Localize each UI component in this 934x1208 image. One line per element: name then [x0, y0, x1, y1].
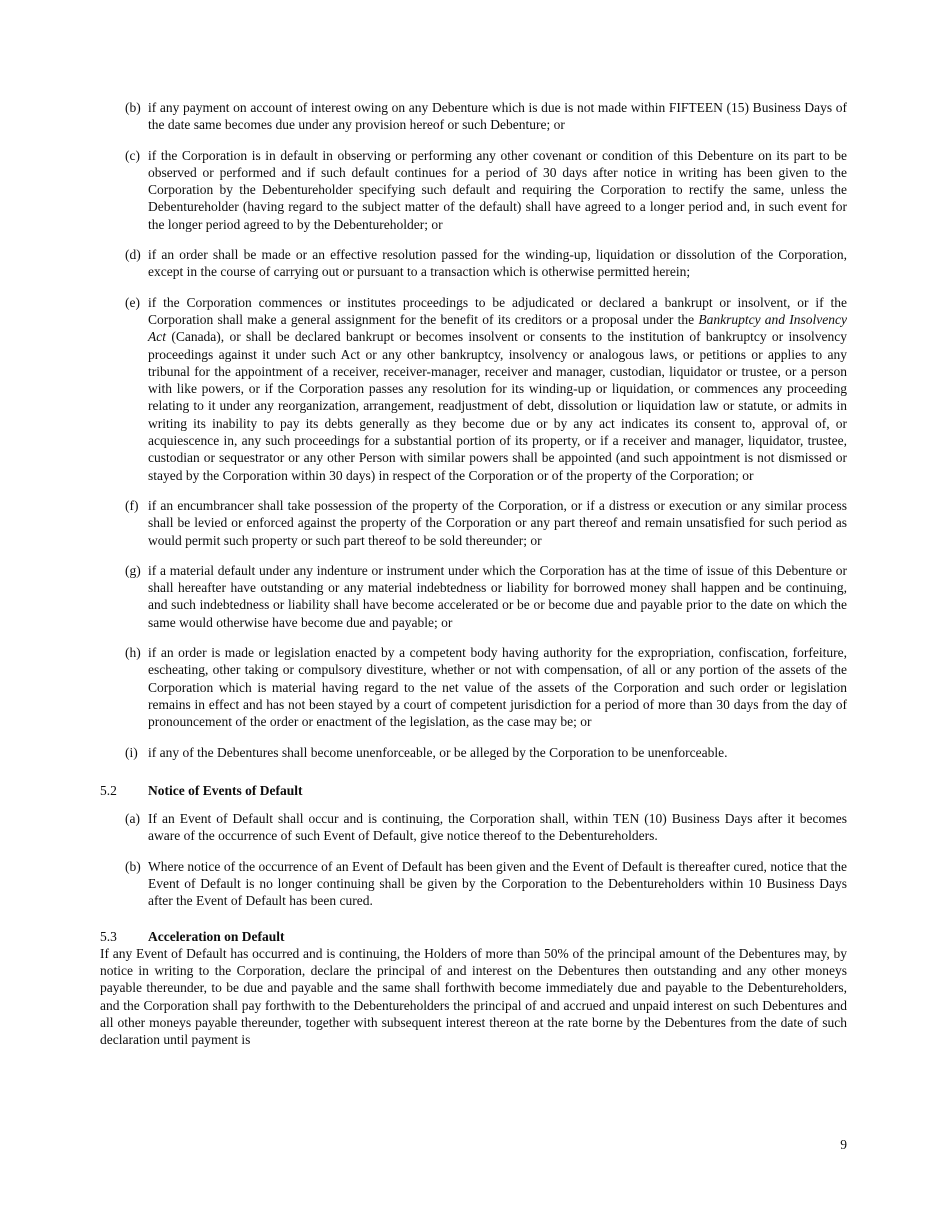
clause-label: (f) — [100, 497, 148, 549]
clause-label: (a) — [100, 810, 148, 845]
clause-text: if the Corporation is in default in obse… — [148, 147, 847, 233]
clause-d: (d) if an order shall be made or an effe… — [100, 246, 847, 281]
clause-label: (b) — [100, 858, 148, 910]
section-5-3-heading: 5.3 Acceleration on Default — [100, 928, 847, 945]
clause-e: (e) if the Corporation commences or inst… — [100, 294, 847, 484]
clause-f: (f) if an encumbrancer shall take posses… — [100, 497, 847, 549]
clause-text: if an order is made or legislation enact… — [148, 644, 847, 730]
clause-text: if any of the Debentures shall become un… — [148, 744, 847, 761]
clause-b: (b) if any payment on account of interes… — [100, 99, 847, 134]
clause-label: (i) — [100, 744, 148, 761]
clause-text: Where notice of the occurrence of an Eve… — [148, 858, 847, 910]
clause-5-2-b: (b) Where notice of the occurrence of an… — [100, 858, 847, 910]
clause-text: if an order shall be made or an effectiv… — [148, 246, 847, 281]
clause-text: if a material default under any indentur… — [148, 562, 847, 631]
section-number: 5.3 — [100, 928, 148, 945]
clause-label: (h) — [100, 644, 148, 730]
clause-c: (c) if the Corporation is in default in … — [100, 147, 847, 233]
clause-label: (g) — [100, 562, 148, 631]
clause-text: if the Corporation commences or institut… — [148, 294, 847, 484]
clause-label: (c) — [100, 147, 148, 233]
clause-i: (i) if any of the Debentures shall becom… — [100, 744, 847, 761]
clause-label: (e) — [100, 294, 148, 484]
clause-g: (g) if a material default under any inde… — [100, 562, 847, 631]
document-page: (b) if any payment on account of interes… — [0, 0, 934, 1208]
clause-text: If an Event of Default shall occur and i… — [148, 810, 847, 845]
clause-text: if an encumbrancer shall take possession… — [148, 497, 847, 549]
section-5-2-heading: 5.2 Notice of Events of Default — [100, 782, 847, 799]
section-number: 5.2 — [100, 782, 148, 799]
section-5-3-body: If any Event of Default has occurred and… — [100, 945, 847, 1049]
clause-label: (d) — [100, 246, 148, 281]
clause-text: if any payment on account of interest ow… — [148, 99, 847, 134]
section-title: Acceleration on Default — [148, 928, 284, 945]
clause-h: (h) if an order is made or legislation e… — [100, 644, 847, 730]
page-content: (b) if any payment on account of interes… — [100, 99, 847, 1049]
page-number: 9 — [840, 1136, 847, 1153]
section-title: Notice of Events of Default — [148, 782, 302, 799]
clause-label: (b) — [100, 99, 148, 134]
clause-5-2-a: (a) If an Event of Default shall occur a… — [100, 810, 847, 845]
